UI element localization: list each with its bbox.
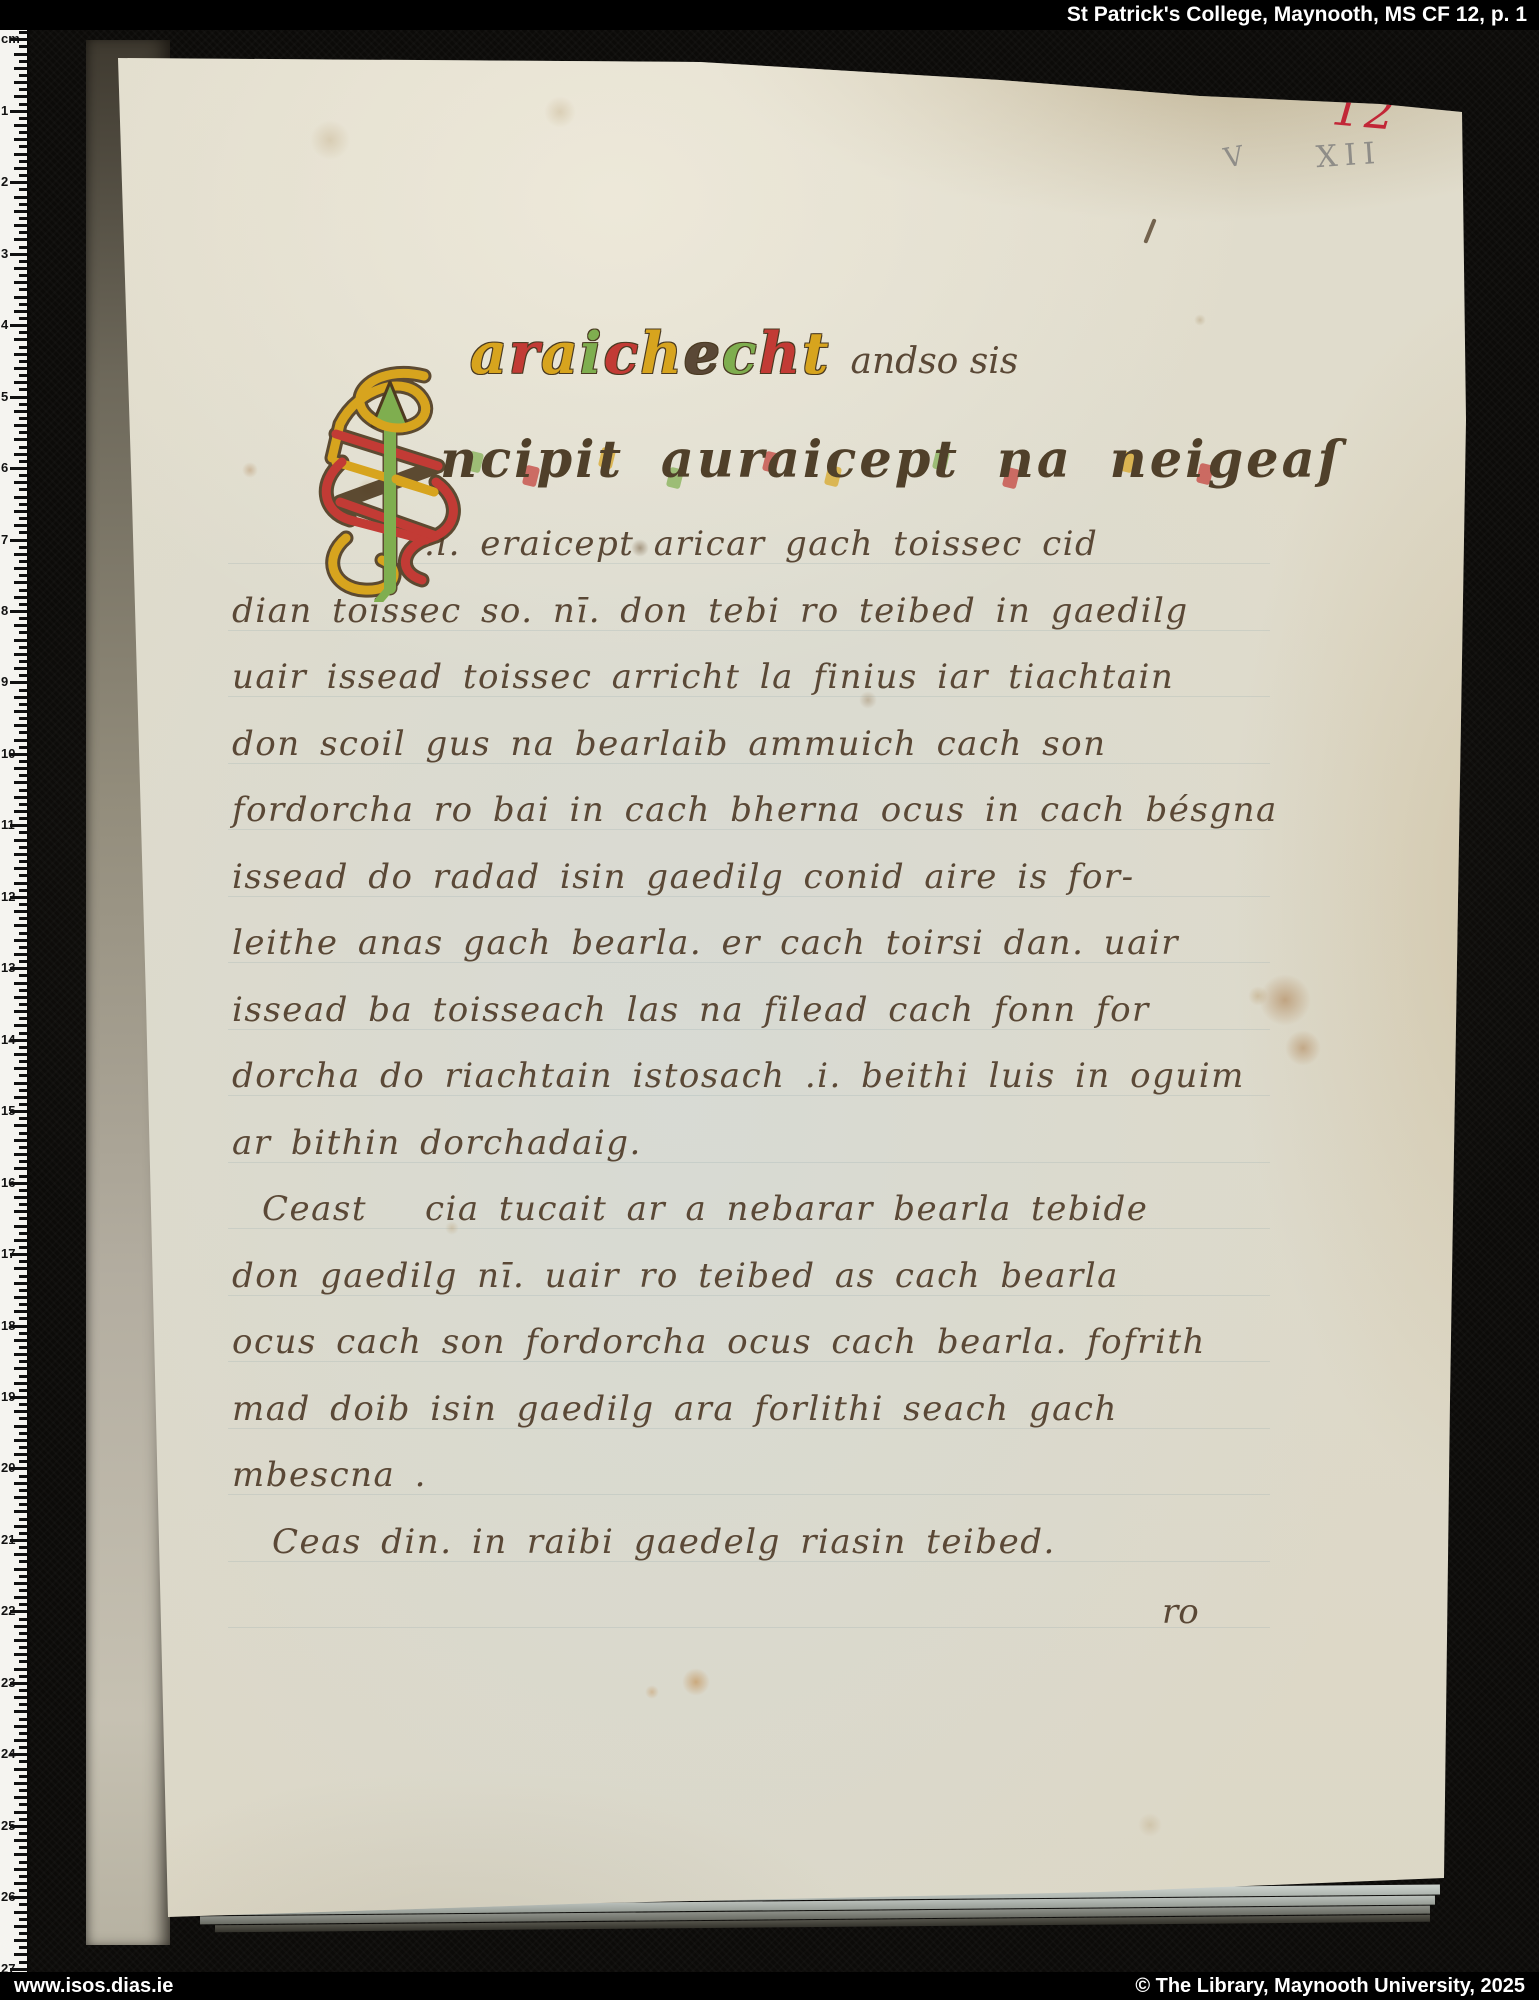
ruler-tick — [14, 1668, 27, 1671]
ruler-tick — [14, 567, 27, 570]
ruler-tick — [14, 1796, 27, 1799]
ruler-tick — [19, 303, 27, 306]
decorated-letter: i — [580, 320, 604, 387]
ruler-tick — [14, 953, 27, 956]
ruler-number: 17 — [1, 1246, 17, 1261]
ruler-tick — [14, 553, 27, 556]
ruler-tick — [19, 360, 27, 363]
ruler-tick — [14, 510, 27, 513]
manuscript-text-line: Ceas din. in raibi gaedelg riasin teibed… — [272, 1519, 1056, 1565]
ruler-tick — [19, 1060, 27, 1063]
ruler-tick — [19, 1518, 27, 1521]
ruler-tick — [14, 367, 27, 370]
ruler-tick — [19, 217, 27, 220]
ruler-tick — [14, 1024, 27, 1027]
ruler-tick — [14, 839, 27, 842]
manuscript-page: araichechtandso sis ncipit auraicept na … — [0, 0, 1539, 2000]
ruler-tick — [14, 1696, 27, 1699]
ruler-tick — [14, 581, 27, 584]
ruler-tick — [14, 453, 27, 456]
ruler-tick — [19, 374, 27, 377]
ruler-tick — [19, 917, 27, 920]
paper-stain — [645, 1685, 659, 1699]
manuscript-text-line: leithe anas gach bearla. er cach toirsi … — [232, 920, 1179, 966]
ruler-tick — [19, 1703, 27, 1706]
paper-stain — [310, 120, 350, 160]
ruler-tick — [19, 703, 27, 706]
ruler-tick — [19, 1903, 27, 1906]
ruler-tick — [19, 503, 27, 506]
ruler-tick — [19, 1089, 27, 1092]
ruler-tick — [14, 767, 27, 770]
ruler-tick — [14, 1939, 27, 1942]
manuscript-text-line: mad doib isin gaedilg ara forlithi seach… — [232, 1386, 1118, 1432]
ruler-tick — [19, 1289, 27, 1292]
ruler-tick — [14, 1839, 27, 1842]
ruler-tick — [19, 1046, 27, 1049]
ruler-tick — [19, 288, 27, 291]
ruler-tick — [19, 574, 27, 577]
ruler-tick — [19, 1074, 27, 1077]
ruler-tick — [19, 117, 27, 120]
ruler-tick — [19, 1832, 27, 1835]
ruler-tick — [19, 860, 27, 863]
ruler-tick — [19, 1775, 27, 1778]
ruler-tick — [14, 153, 27, 156]
ruler-tick — [19, 431, 27, 434]
ruler-tick — [19, 1546, 27, 1549]
ruler-tick — [14, 1210, 27, 1213]
ruler-tick — [14, 1196, 27, 1199]
ruler-unit-label: cm — [1, 31, 17, 46]
ruler-tick — [14, 424, 27, 427]
shelfmark-caption: St Patrick's College, Maynooth, MS CF 12… — [1067, 3, 1527, 26]
ruler-tick — [19, 488, 27, 491]
pencil-letter: V — [1221, 141, 1246, 175]
ruler-tick — [19, 74, 27, 77]
ruler-number: 9 — [1, 674, 17, 689]
ruler-tick — [19, 689, 27, 692]
ruler-tick — [14, 1367, 27, 1370]
ruler-tick — [14, 53, 27, 56]
ruler-tick — [19, 989, 27, 992]
ruler-tick — [19, 660, 27, 663]
decorated-letter: c — [722, 320, 759, 387]
ruler-tick — [19, 1760, 27, 1763]
ruler-tick — [19, 517, 27, 520]
ruler-tick — [19, 1460, 27, 1463]
ruler-tick — [19, 1503, 27, 1506]
ruler-tick — [19, 188, 27, 191]
ruler-number: 21 — [1, 1532, 17, 1547]
ruler-number: 8 — [1, 603, 17, 618]
ruler-tick — [14, 867, 27, 870]
cm-ruler: cm12345678910111213141516171819202122232… — [0, 20, 27, 1972]
ruler-tick — [14, 67, 27, 70]
ruler-tick — [19, 803, 27, 806]
ruler-tick — [14, 1082, 27, 1085]
ruler-tick — [14, 1882, 27, 1885]
ruler-tick — [19, 1818, 27, 1821]
ruler-tick — [19, 731, 27, 734]
manuscript-text-line: Ceast cia tucait ar a nebarar bearla teb… — [262, 1186, 1148, 1232]
ruler-tick — [19, 760, 27, 763]
ruler-tick — [14, 1382, 27, 1385]
ruler-tick — [14, 167, 27, 170]
ruler-tick — [19, 1675, 27, 1678]
ruler-tick — [19, 274, 27, 277]
ruler-number: 15 — [1, 1103, 17, 1118]
ruler-tick — [19, 1317, 27, 1320]
ruler-tick — [19, 1889, 27, 1892]
ruler-tick — [14, 353, 27, 356]
ruler-tick — [19, 874, 27, 877]
ruler-tick — [14, 1725, 27, 1728]
ruler-tick — [19, 346, 27, 349]
ruler-tick — [14, 95, 27, 98]
ruler-tick — [14, 124, 27, 127]
ruler-tick — [19, 331, 27, 334]
ruler-tick — [19, 446, 27, 449]
ruler-number: 2 — [1, 174, 17, 189]
ruler-tick — [19, 1532, 27, 1535]
ruler-tick — [14, 238, 27, 241]
ruler-tick — [14, 667, 27, 670]
manuscript-text-line: issead do radad isin gaedilg conid aire … — [232, 854, 1135, 900]
ruler-tick — [19, 932, 27, 935]
ruler-tick — [19, 60, 27, 63]
ruler-tick — [14, 224, 27, 227]
ruler-tick — [19, 531, 27, 534]
ruler-tick — [19, 174, 27, 177]
heading-line-1: araichechtandso sis — [470, 322, 1018, 401]
ruler-number: 16 — [1, 1175, 17, 1190]
ruler-tick — [19, 1275, 27, 1278]
ruler-tick — [19, 88, 27, 91]
ruler-number: 4 — [1, 317, 17, 332]
ruler-tick — [19, 1946, 27, 1949]
ruler-tick — [14, 281, 27, 284]
ruler-tick — [19, 1403, 27, 1406]
ruler-number: 13 — [1, 960, 17, 975]
ruler-number: 5 — [1, 389, 17, 404]
ruler-tick — [19, 617, 27, 620]
ruler-tick — [14, 796, 27, 799]
ruler-tick — [19, 1017, 27, 1020]
ruler-tick — [14, 296, 27, 299]
decorated-letter: a — [541, 320, 580, 387]
decorated-initial — [306, 362, 476, 607]
ruler-tick — [19, 474, 27, 477]
ruler-tick — [19, 560, 27, 563]
ruler-tick — [14, 1811, 27, 1814]
ruler-tick — [14, 1868, 27, 1871]
ruler-tick — [14, 1925, 27, 1928]
ruler-tick — [14, 138, 27, 141]
manuscript-text-line: mbescna . — [232, 1452, 427, 1498]
ruler-tick — [19, 203, 27, 206]
ruler-tick — [14, 1596, 27, 1599]
ruler-tick — [19, 1932, 27, 1935]
ruler-tick — [14, 1553, 27, 1556]
ruler-tick — [19, 1575, 27, 1578]
ruler-number: 20 — [1, 1460, 17, 1475]
ruler-tick — [14, 924, 27, 927]
ruler-tick — [19, 1003, 27, 1006]
paper-stain — [682, 1668, 710, 1696]
ruler-tick — [14, 1410, 27, 1413]
ruler-tick — [19, 1803, 27, 1806]
paper-stain — [242, 462, 258, 478]
ruler-tick — [19, 1603, 27, 1606]
ruler-tick — [14, 739, 27, 742]
website-caption: www.isos.dias.ie — [14, 1975, 173, 1998]
ruler-tick — [19, 1475, 27, 1478]
manuscript-text-line: fordorcha ro bai in cach bherna ocus in … — [232, 787, 1278, 833]
ruler-tick — [19, 1746, 27, 1749]
ruler-tick — [19, 1918, 27, 1921]
ruler-tick — [14, 653, 27, 656]
manuscript-text-line: uair issead toissec arricht la finius ia… — [232, 654, 1174, 700]
ruler-tick — [19, 260, 27, 263]
paper-stain — [1285, 1030, 1321, 1066]
ruler-tick — [14, 410, 27, 413]
heading-line-2: ncipit auraicept na neigeaſ — [440, 430, 1343, 490]
ruler-tick — [19, 45, 27, 48]
decorated-letter: h — [640, 320, 683, 387]
decorated-letter: r — [509, 320, 541, 387]
ruler-tick — [19, 846, 27, 849]
ruler-tick — [19, 1560, 27, 1563]
ruler-tick — [19, 160, 27, 163]
ruler-tick — [14, 1010, 27, 1013]
ruler-tick — [19, 1246, 27, 1249]
ruler-tick — [19, 31, 27, 34]
ruler-tick — [19, 1146, 27, 1149]
ruler-tick — [14, 1525, 27, 1528]
ruler-tick — [14, 310, 27, 313]
ruler-tick — [14, 1153, 27, 1156]
ruler-number: 25 — [1, 1818, 17, 1833]
ruler-tick — [14, 939, 27, 942]
ruler-tick — [19, 1389, 27, 1392]
ruler-tick — [19, 1489, 27, 1492]
ruler-tick — [19, 1360, 27, 1363]
ruler-tick — [14, 338, 27, 341]
ruler-tick — [19, 1189, 27, 1192]
ruler-tick — [19, 145, 27, 148]
ruler-tick — [14, 1482, 27, 1485]
ruler-tick — [14, 882, 27, 885]
ruler-tick — [14, 1053, 27, 1056]
ruler-tick — [14, 1782, 27, 1785]
ruler-tick — [14, 1739, 27, 1742]
ruler-tick — [14, 1625, 27, 1628]
ruler-tick — [19, 674, 27, 677]
ruler-number: 23 — [1, 1675, 17, 1690]
ruler-tick — [14, 1453, 27, 1456]
ruler-tick — [19, 417, 27, 420]
ruler-tick — [19, 1432, 27, 1435]
ruler-tick — [14, 267, 27, 270]
ruler-tick — [19, 646, 27, 649]
ruler-tick — [19, 231, 27, 234]
ruler-tick — [14, 982, 27, 985]
ruler-tick — [19, 403, 27, 406]
manuscript-text-line: ocus cach son fordorcha ocus cach bearla… — [232, 1319, 1206, 1365]
ruler-tick — [14, 1953, 27, 1956]
ruler-number: 24 — [1, 1746, 17, 1761]
paper-stain — [1194, 314, 1206, 326]
decorated-letter: t — [802, 320, 830, 387]
ruler-tick — [19, 1103, 27, 1106]
ruler-tick — [19, 603, 27, 606]
paper-stain — [544, 96, 576, 128]
ruler-tick — [14, 1710, 27, 1713]
ruler-number: 6 — [1, 460, 17, 475]
ruler-number: 14 — [1, 1032, 17, 1047]
ruler-tick — [19, 1632, 27, 1635]
ruler-tick — [19, 889, 27, 892]
ruler-tick — [14, 1124, 27, 1127]
ruler-tick — [14, 524, 27, 527]
heading-suffix: andso sis — [851, 341, 1019, 382]
top-caption-bar: St Patrick's College, Maynooth, MS CF 12… — [0, 0, 1539, 30]
ruler-tick — [14, 1425, 27, 1428]
ruler-number: 11 — [1, 817, 17, 832]
ruler-tick — [14, 1510, 27, 1513]
ruler-number: 26 — [1, 1889, 17, 1904]
copyright-caption: © The Library, Maynooth University, 2025 — [1135, 1975, 1525, 1998]
paper-stain — [1248, 986, 1268, 1006]
ruler-tick — [19, 1375, 27, 1378]
ruler-tick — [14, 1139, 27, 1142]
ruler-tick — [19, 1032, 27, 1035]
bottom-caption-bar: www.isos.dias.ie © The Library, Maynooth… — [0, 1972, 1539, 2000]
ruler-tick — [19, 789, 27, 792]
ruler-tick — [19, 817, 27, 820]
ruler-tick — [19, 589, 27, 592]
ruler-tick — [14, 438, 27, 441]
decorated-letter: h — [759, 320, 802, 387]
ruler-tick — [14, 1267, 27, 1270]
ruler-tick — [19, 1260, 27, 1263]
ruler-tick — [19, 1646, 27, 1649]
ruler-tick — [19, 1875, 27, 1878]
ruler-tick — [14, 81, 27, 84]
ruler-tick — [19, 1846, 27, 1849]
ruler-tick — [19, 1660, 27, 1663]
ruler-tick — [19, 746, 27, 749]
manuscript-text-line: dorcha do riachtain istosach .i. beithi … — [232, 1053, 1245, 1099]
ruler-tick — [14, 210, 27, 213]
ruler-tick — [14, 596, 27, 599]
ruler-tick — [14, 196, 27, 199]
ruler-tick — [14, 1911, 27, 1914]
ruler-tick — [19, 1789, 27, 1792]
ruler-tick — [19, 1303, 27, 1306]
ruler-number: 3 — [1, 246, 17, 261]
ruler-tick — [19, 960, 27, 963]
ruler-tick — [19, 1203, 27, 1206]
ruler-tick — [19, 246, 27, 249]
ruler-number: 1 — [1, 103, 17, 118]
ruler-tick — [14, 853, 27, 856]
ruler-tick — [19, 831, 27, 834]
ruler-tick — [19, 903, 27, 906]
ruler-tick — [14, 1096, 27, 1099]
ruler-tick — [14, 481, 27, 484]
stray-pen-mark — [1143, 218, 1156, 244]
ruler-tick — [19, 317, 27, 320]
ruler-tick — [14, 724, 27, 727]
ruler-tick — [14, 1067, 27, 1070]
ruler-tick — [19, 1217, 27, 1220]
ruler-tick — [19, 1732, 27, 1735]
ruler-number: 19 — [1, 1389, 17, 1404]
ruler-tick — [14, 1653, 27, 1656]
ruler-tick — [19, 460, 27, 463]
ruler-tick — [19, 974, 27, 977]
ruler-tick — [19, 103, 27, 106]
ruler-tick — [14, 1225, 27, 1228]
ruler-tick — [19, 1175, 27, 1178]
ruler-tick — [19, 1332, 27, 1335]
ruler-number: 22 — [1, 1603, 17, 1618]
pencil-folio-numeral: XII — [1315, 136, 1383, 176]
ruler-tick — [14, 1568, 27, 1571]
ruler-tick — [19, 1861, 27, 1864]
manuscript-text-line: issead ba toisseach las na filead cach f… — [232, 987, 1150, 1033]
ruler-tick — [19, 388, 27, 391]
ruler-tick — [19, 631, 27, 634]
decorated-letter: e — [684, 320, 722, 387]
manuscript-text-line: don gaedilg nī. uair ro teibed as cach b… — [232, 1253, 1119, 1299]
ruler-tick — [19, 546, 27, 549]
ruler-tick — [14, 1439, 27, 1442]
ruler-number: 12 — [1, 889, 17, 904]
ruler-tick — [14, 996, 27, 999]
paper-stain — [1138, 1813, 1162, 1837]
ruler-tick — [14, 1167, 27, 1170]
ruler-tick — [14, 639, 27, 642]
ruler-tick — [19, 774, 27, 777]
ruler-number: 7 — [1, 532, 17, 547]
ruler-tick — [19, 1117, 27, 1120]
ruler-tick — [19, 1160, 27, 1163]
ruler-tick — [14, 781, 27, 784]
ruler-tick — [19, 1232, 27, 1235]
ruler-tick — [19, 946, 27, 949]
ruler-tick — [19, 1132, 27, 1135]
ruler-tick — [19, 1618, 27, 1621]
ruler-tick — [14, 1768, 27, 1771]
ruler-tick — [19, 1446, 27, 1449]
ruler-tick — [19, 717, 27, 720]
ruler-tick — [14, 1496, 27, 1499]
ruler-tick — [19, 1961, 27, 1964]
decorated-letter: c — [604, 320, 641, 387]
ruler-tick — [19, 1689, 27, 1692]
ruler-tick — [14, 696, 27, 699]
ruler-tick — [14, 910, 27, 913]
ruler-tick — [19, 1346, 27, 1349]
ruler-tick — [14, 1296, 27, 1299]
ruled-line — [228, 1627, 1270, 1628]
ruler-tick — [14, 1310, 27, 1313]
ruler-tick — [14, 1239, 27, 1242]
manuscript-text-line: don scoil gus na bearlaib ammuich cach s… — [232, 721, 1107, 767]
